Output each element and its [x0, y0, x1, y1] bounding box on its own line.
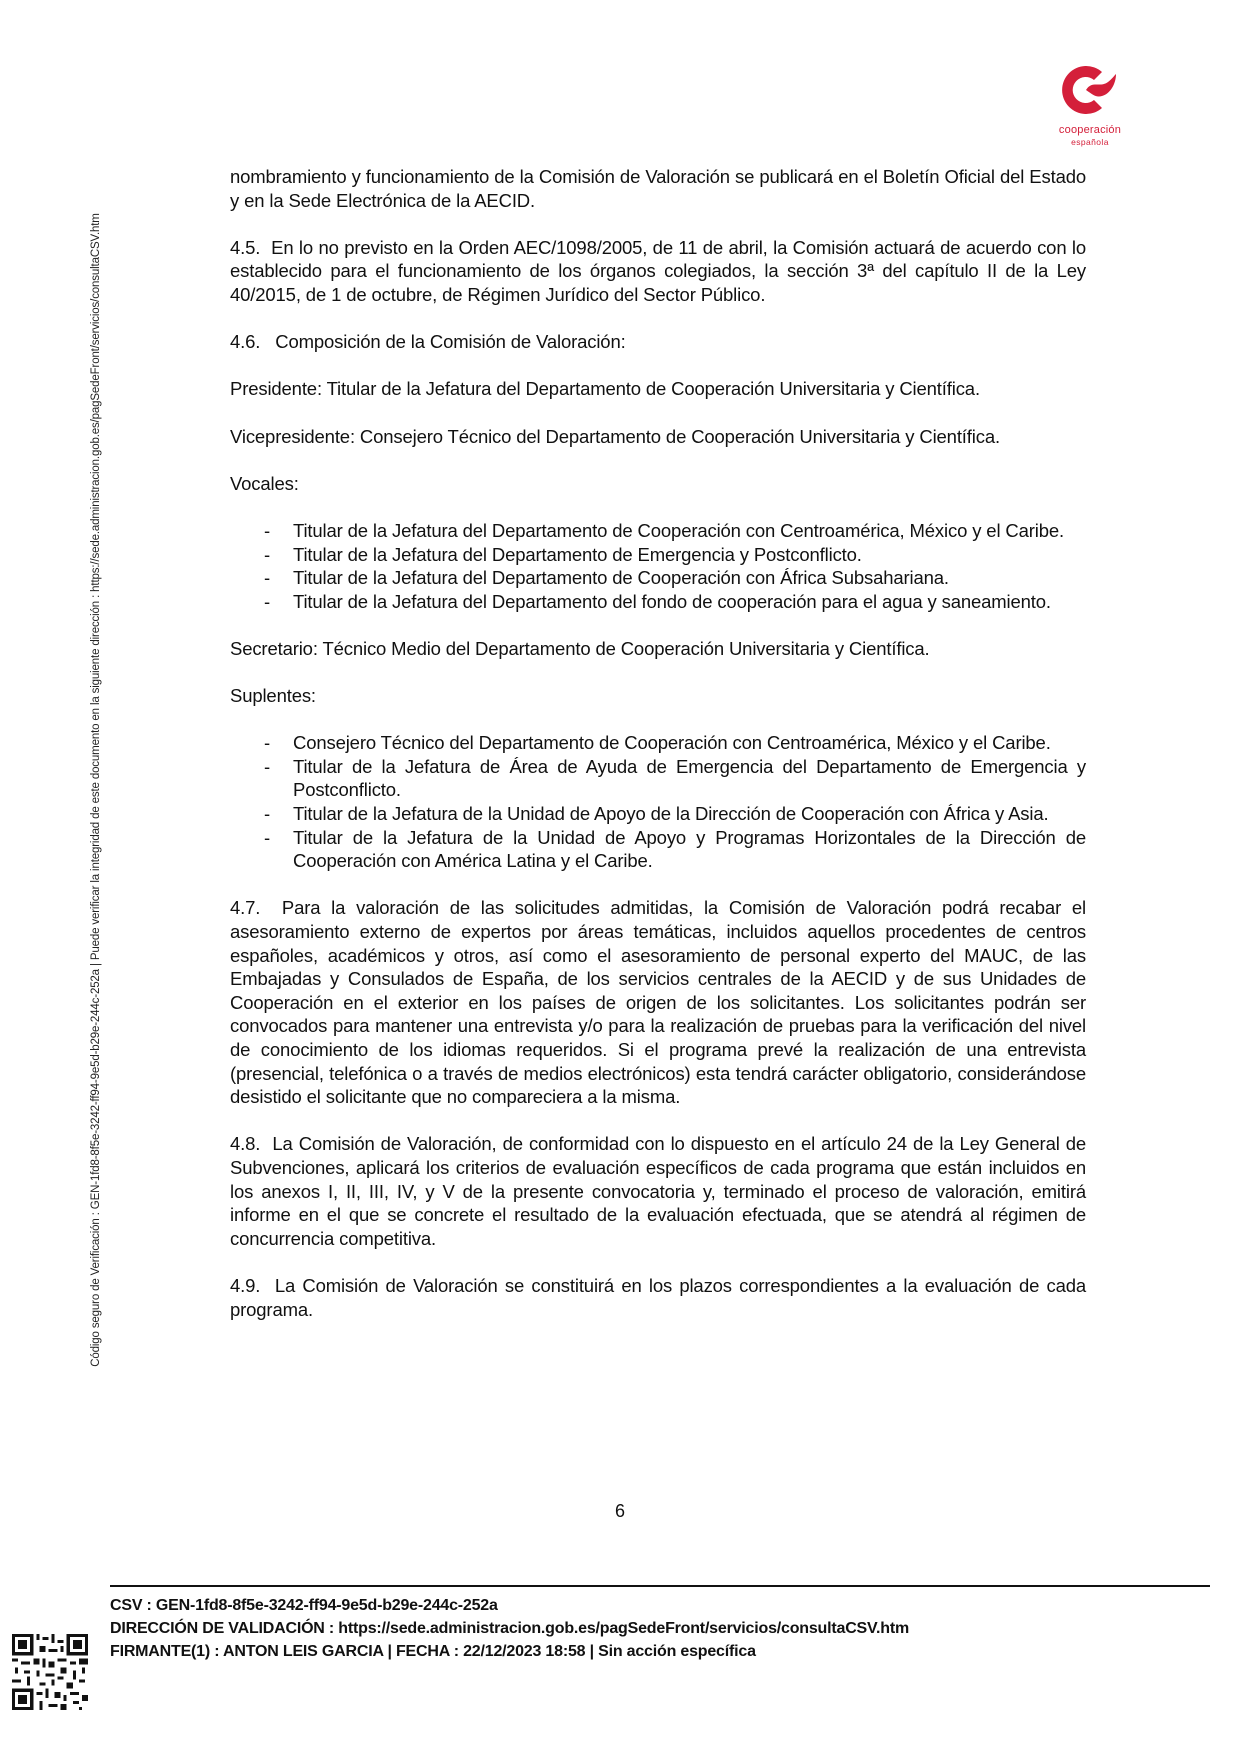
dash-bullet-icon: - — [264, 731, 270, 755]
vicepresidente: Vicepresidente: Consejero Técnico del De… — [230, 425, 1086, 449]
vocales-label: Vocales: — [230, 472, 1086, 496]
section-number: 4.5. — [230, 236, 260, 260]
dash-bullet-icon: - — [264, 543, 270, 567]
dash-bullet-icon: - — [264, 802, 270, 826]
list-item: -Titular de la Jefatura del Departamento… — [230, 519, 1086, 543]
page-number: 6 — [0, 1501, 1240, 1522]
footer-validation-url[interactable]: DIRECCIÓN DE VALIDACIÓN : https://sede.a… — [110, 1620, 909, 1638]
cooperacion-espanola-logo-icon — [1050, 58, 1130, 122]
section-4-8: 4.8. La Comisión de Valoración, de confo… — [230, 1132, 1086, 1250]
cooperacion-espanola-logo: cooperación española — [1050, 58, 1130, 153]
footer-csv: CSV : GEN-1fd8-8f5e-3242-ff94-9e5d-b29e-… — [110, 1597, 498, 1615]
qr-code-icon — [12, 1634, 88, 1710]
dash-bullet-icon: - — [264, 519, 270, 543]
list-item: -Titular de la Jefatura de la Unidad de … — [230, 826, 1086, 873]
presidente: Presidente: Titular de la Jefatura del D… — [230, 377, 1086, 401]
list-item-text: Titular de la Jefatura de la Unidad de A… — [293, 827, 1086, 872]
document-body: nombramiento y funcionamiento de la Comi… — [230, 165, 1086, 1345]
section-text: Para la valoración de las solicitudes ad… — [230, 897, 1086, 1107]
list-item-text: Consejero Técnico del Departamento de Co… — [293, 732, 1051, 753]
list-item-text: Titular de la Jefatura del Departamento … — [293, 591, 1051, 612]
section-number: 4.6. — [230, 330, 260, 354]
section-text: La Comisión de Valoración se constituirá… — [230, 1275, 1086, 1320]
list-item-text: Titular de la Jefatura de la Unidad de A… — [293, 803, 1048, 824]
list-item-text: Titular de la Jefatura del Departamento … — [293, 544, 862, 565]
section-text: En lo no previsto en la Orden AEC/1098/2… — [230, 237, 1086, 305]
section-4-9: 4.9. La Comisión de Valoración se consti… — [230, 1274, 1086, 1321]
section-number: 4.9. — [230, 1274, 260, 1298]
list-item: -Titular de la Jefatura del Departamento… — [230, 543, 1086, 567]
dash-bullet-icon: - — [264, 755, 270, 779]
section-text: Composición de la Comisión de Valoración… — [275, 331, 625, 352]
list-item: -Titular de la Jefatura de la Unidad de … — [230, 802, 1086, 826]
list-item-text: Titular de la Jefatura del Departamento … — [293, 520, 1064, 541]
suplentes-list: -Consejero Técnico del Departamento de C… — [230, 731, 1086, 873]
list-item-text: Titular de la Jefatura del Departamento … — [293, 567, 949, 588]
list-item-text: Titular de la Jefatura de Área de Ayuda … — [293, 756, 1086, 801]
vocales-list: -Titular de la Jefatura del Departamento… — [230, 519, 1086, 613]
section-number: 4.8. — [230, 1132, 260, 1156]
section-4-6: 4.6. Composición de la Comisión de Valor… — [230, 330, 1086, 354]
paragraph-intro: nombramiento y funcionamiento de la Comi… — [230, 165, 1086, 212]
logo-text-line2: española — [1050, 137, 1130, 147]
section-text: La Comisión de Valoración, de conformida… — [230, 1133, 1086, 1248]
dash-bullet-icon: - — [264, 826, 270, 850]
secretario: Secretario: Técnico Medio del Departamen… — [230, 637, 1086, 661]
footer-signer: FIRMANTE(1) : ANTON LEIS GARCIA | FECHA … — [110, 1643, 756, 1661]
section-number: 4.7. — [230, 896, 260, 920]
logo-text-line1: cooperación — [1050, 124, 1130, 136]
dash-bullet-icon: - — [264, 566, 270, 590]
suplentes-label: Suplentes: — [230, 684, 1086, 708]
list-item: -Consejero Técnico del Departamento de C… — [230, 731, 1086, 755]
list-item: -Titular de la Jefatura del Departamento… — [230, 590, 1086, 614]
verification-vertical-text: Código seguro de Verificación : GEN-1fd8… — [90, 135, 104, 1445]
footer-divider — [110, 1585, 1210, 1587]
list-item: -Titular de la Jefatura del Departamento… — [230, 566, 1086, 590]
list-item: -Titular de la Jefatura de Área de Ayuda… — [230, 755, 1086, 802]
dash-bullet-icon: - — [264, 590, 270, 614]
section-4-7: 4.7. Para la valoración de las solicitud… — [230, 896, 1086, 1108]
section-4-5: 4.5. En lo no previsto en la Orden AEC/1… — [230, 236, 1086, 307]
